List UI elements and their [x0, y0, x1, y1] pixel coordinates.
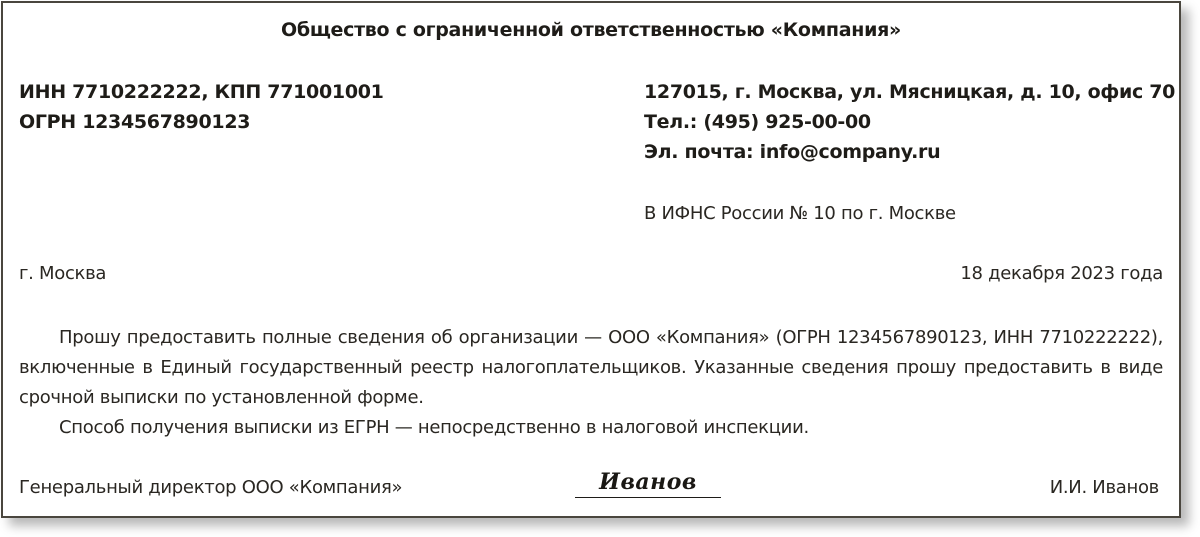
paragraph: Способ получения выписки из ЕГРН — непос…	[19, 413, 1163, 443]
letter-body: Прошу предоставить полные сведения об ор…	[19, 323, 1163, 443]
place: г. Москва	[19, 263, 106, 284]
date: 18 декабря 2023 года	[960, 263, 1163, 284]
handwritten-signature: Иванов	[599, 469, 697, 495]
address: 127015, г. Москва, ул. Мясницкая, д. 10,…	[644, 77, 1175, 107]
signatory-position: Генеральный директор ООО «Компания»	[19, 477, 402, 498]
paragraph: Прошу предоставить полные сведения об ор…	[19, 323, 1163, 413]
document-page: Общество с ограниченной ответственностью…	[1, 1, 1181, 518]
company-title: Общество с ограниченной ответственностью…	[3, 19, 1179, 41]
email: Эл. почта: info@company.ru	[644, 137, 1175, 167]
signature-line: Иванов	[575, 467, 721, 498]
signatory-name: И.И. Иванов	[1050, 477, 1159, 498]
company-contacts: 127015, г. Москва, ул. Мясницкая, д. 10,…	[644, 77, 1175, 167]
ogrn: ОГРН 1234567890123	[19, 107, 384, 137]
addressee: В ИФНС России № 10 по г. Москве	[644, 203, 956, 224]
phone: Тел.: (495) 925-00-00	[644, 107, 1175, 137]
inn-kpp: ИНН 7710222222, КПП 771001001	[19, 77, 384, 107]
company-requisites: ИНН 7710222222, КПП 771001001 ОГРН 12345…	[19, 77, 384, 137]
